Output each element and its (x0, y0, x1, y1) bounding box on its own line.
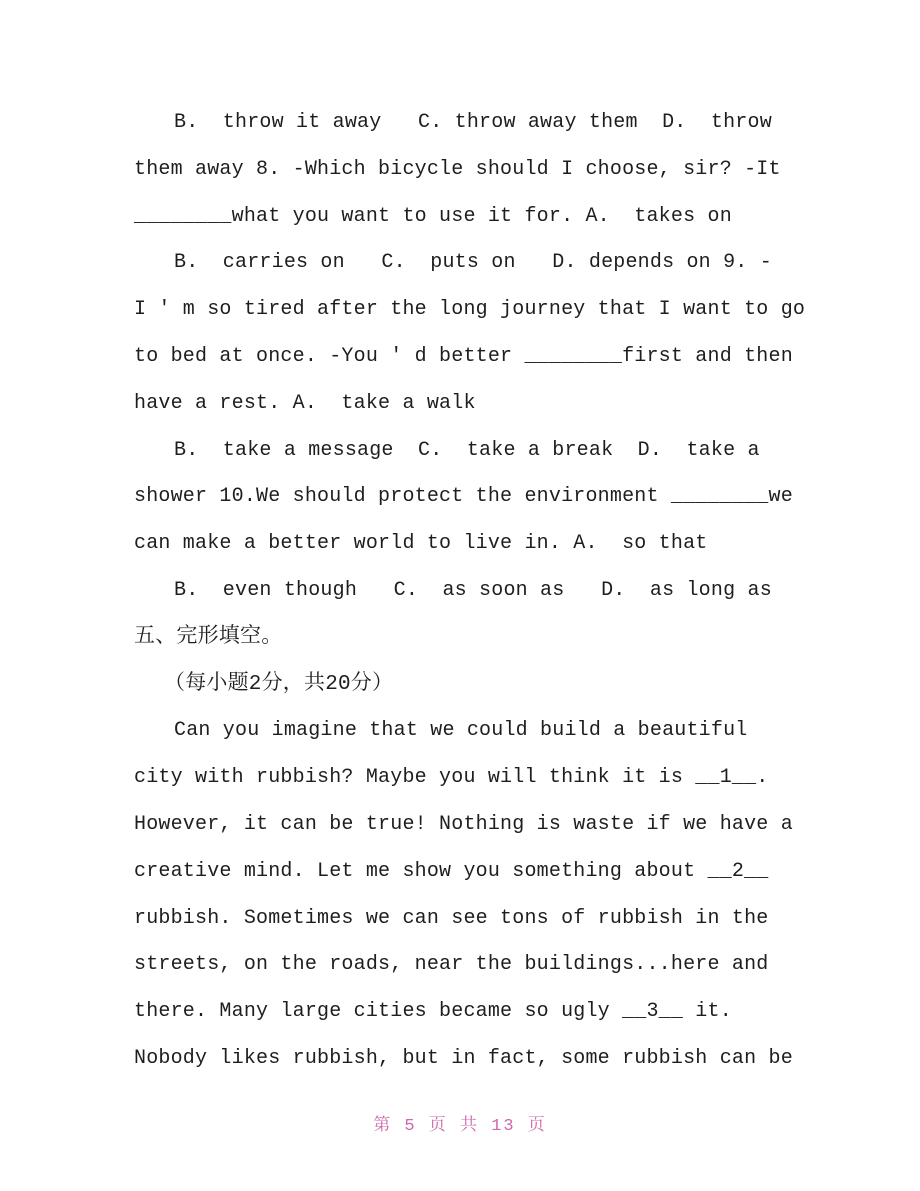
cloze-passage-line: Can you imagine that we could build a be… (134, 708, 794, 755)
page-number: 第 5 页 共 13 页 (0, 1110, 920, 1136)
question-text-line: I ' m so tired after the long journey th… (134, 287, 794, 334)
cloze-passage-line: Nobody likes rubbish, but in fact, some … (134, 1036, 794, 1083)
cloze-passage-line: city with rubbish? Maybe you will think … (134, 755, 794, 802)
cloze-passage-line: there. Many large cities became so ugly … (134, 989, 794, 1036)
question-text-line: have a rest. A. take a walk (134, 381, 794, 428)
question-text-line: B. throw it away C. throw away them D. t… (134, 100, 794, 147)
cloze-passage-line: creative mind. Let me show you something… (134, 849, 794, 896)
cloze-passage-line: streets, on the roads, near the building… (134, 942, 794, 989)
question-text-line: ________what you want to use it for. A. … (134, 194, 794, 241)
cloze-passage-line: However, it can be true! Nothing is wast… (134, 802, 794, 849)
question-text-line: shower 10.We should protect the environm… (134, 474, 794, 521)
question-text-line: to bed at once. -You ' d better ________… (134, 334, 794, 381)
question-text-line: B. carries on C. puts on D. depends on 9… (134, 240, 794, 287)
question-text-line: B. even though C. as soon as D. as long … (134, 568, 794, 615)
question-text-line: can make a better world to live in. A. s… (134, 521, 794, 568)
cloze-passage-line: rubbish. Sometimes we can see tons of ru… (134, 896, 794, 943)
section-score-note: （每小题2分，共20分） (134, 662, 794, 709)
question-text-line: B. take a message C. take a break D. tak… (134, 428, 794, 475)
question-text-line: them away 8. -Which bicycle should I cho… (134, 147, 794, 194)
section-heading: 五、完形填空。 (134, 615, 794, 662)
document-page: B. throw it away C. throw away them D. t… (134, 100, 794, 1083)
